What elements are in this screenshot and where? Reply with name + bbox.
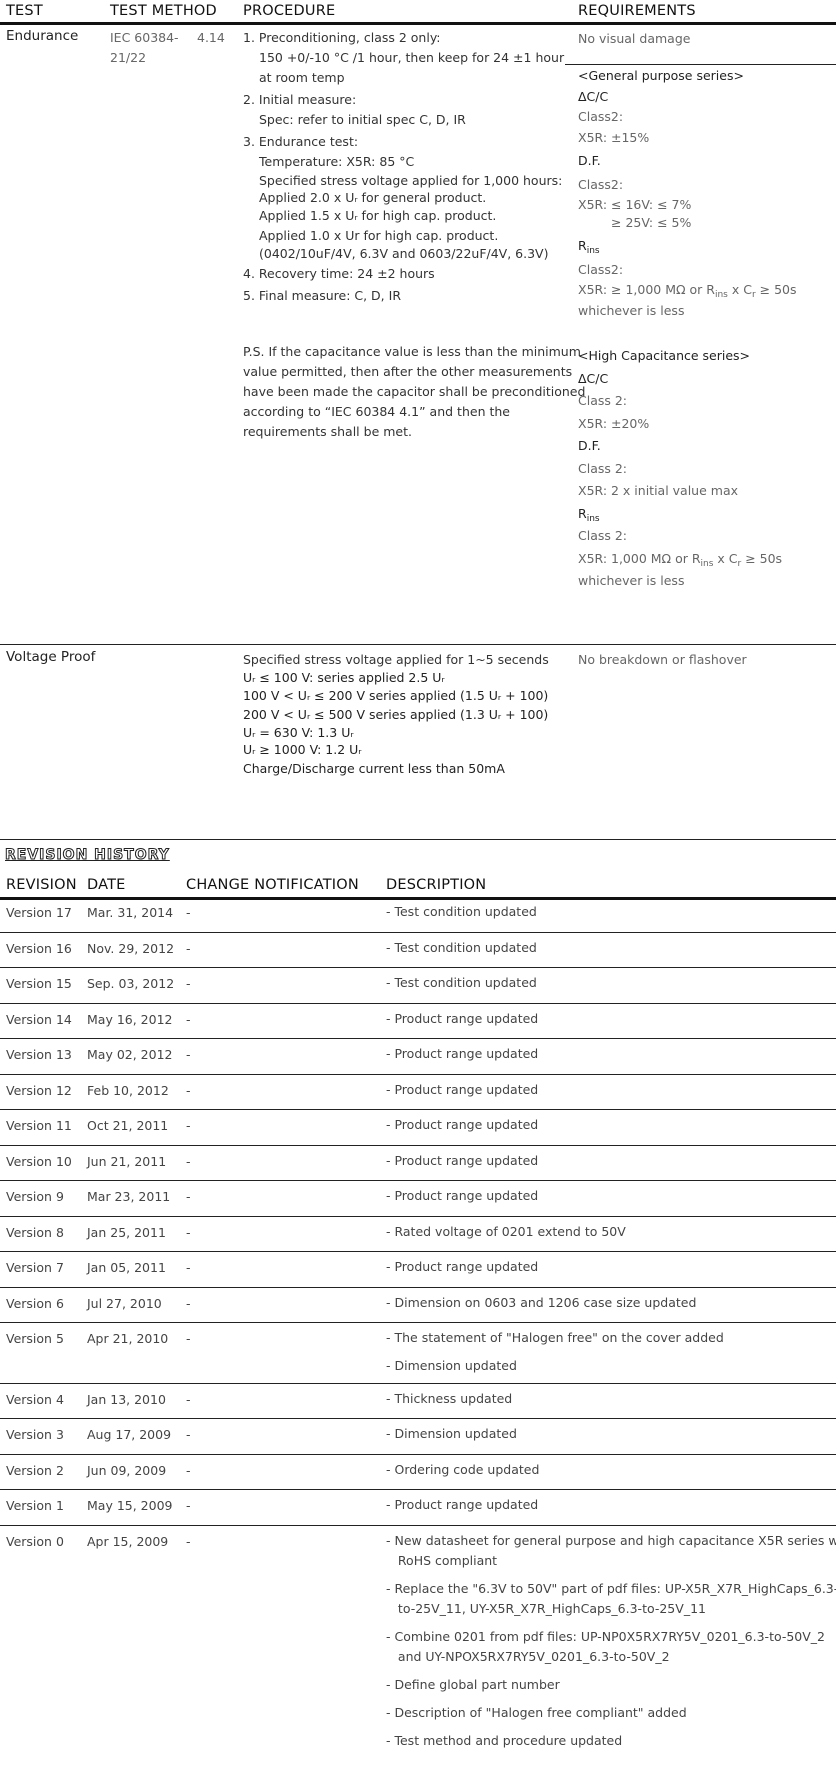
x5r-dcc-value: X5R: ±15% (578, 128, 797, 149)
procedure-line: Charge/Discharge current less than 50mA (243, 758, 549, 780)
rins-sub: ins (587, 246, 600, 256)
x5r-dcc-value: X5R: ±20% (578, 414, 782, 435)
row-divider (0, 932, 836, 933)
description-line: - Rated voltage of 0201 extend to 50V (386, 1222, 626, 1242)
description-cell: - Product range updated (386, 1151, 538, 1171)
procedure-line: Specified stress voltage applied for 1,0… (243, 172, 564, 189)
revision-cell: Version 1 (6, 1498, 64, 1513)
row-divider (0, 1074, 836, 1075)
procedure-line: (0402/10uF/4V, 6.3V and 0603/22uF/4V, 6.… (243, 245, 564, 262)
description-cell: - Product range updated (386, 1044, 538, 1064)
date-cell: Jul 27, 2010 (87, 1296, 162, 1311)
requirement-voltage-proof: No breakdown or flashover (578, 650, 747, 670)
text: x C (713, 551, 737, 566)
description-cell: - Dimension updated (386, 1424, 517, 1444)
change-notification-cell: - (186, 1260, 191, 1275)
change-notification-cell: - (186, 1118, 191, 1133)
description-line: to-25V_11, UY-X5R_X7R_HighCaps_6.3-to-25… (386, 1599, 836, 1619)
description-cell: - The statement of "Halogen free" on the… (386, 1328, 724, 1376)
procedure-line: Spec: refer to initial spec C, D, IR (243, 110, 564, 130)
description-line: RoHS compliant (386, 1551, 836, 1571)
header-requirements: REQUIREMENTS (578, 3, 696, 19)
x5r-rins-value: X5R: 1,000 MΩ or Rins x Cr ≥ 50s (578, 549, 782, 570)
general-purpose-requirements: <General purpose series> ΔC/C Class2: X5… (578, 66, 797, 321)
description-line: - The statement of "Halogen free" on the… (386, 1328, 724, 1348)
description-line: - Test method and procedure updated (386, 1731, 836, 1751)
procedure-voltage-proof: Specified stress voltage applied for 1~5… (243, 651, 549, 780)
whichever-text: whichever is less (578, 301, 797, 322)
clause-endurance: 4.14 (197, 28, 225, 48)
revision-cell: Version 9 (6, 1189, 64, 1204)
procedure-line: Uᵣ ≤ 100 V: series applied 2.5 Uᵣ (243, 669, 549, 686)
date-cell: Jun 21, 2011 (87, 1154, 166, 1169)
change-notification-cell: - (186, 1498, 191, 1513)
test-method-endurance: IEC 60384- 21/22 (110, 28, 179, 68)
change-notification-cell: - (186, 1296, 191, 1311)
change-notification-cell: - (186, 1047, 191, 1062)
change-notification-cell: - (186, 941, 191, 956)
note-line: according to “IEC 60384 4.1” and then th… (243, 402, 585, 422)
procedure-line: Applied 1.5 x Uᵣ for high cap. product. (243, 206, 564, 226)
description-cell: - Product range updated (386, 1186, 538, 1206)
procedure-line: 150 +0/-10 °C /1 hour, then keep for 24 … (243, 48, 564, 68)
description-line: - Product range updated (386, 1495, 538, 1515)
x5r-rins-value: X5R: ≥ 1,000 MΩ or Rins x Cr ≥ 50s (578, 280, 797, 301)
row-divider (0, 1525, 836, 1526)
description-line: - New datasheet for general purpose and … (386, 1531, 836, 1551)
revision-cell: Version 13 (6, 1047, 72, 1062)
x5r-df-value: X5R: 2 x initial value max (578, 481, 782, 502)
description-line: - Test condition updated (386, 902, 537, 922)
revision-cell: Version 7 (6, 1260, 64, 1275)
header-procedure: PROCEDURE (243, 3, 335, 19)
row-divider (0, 1454, 836, 1455)
rins-sub: ins (587, 514, 600, 524)
text: X5R: 1,000 MΩ or R (578, 551, 701, 566)
revision-cell: Version 5 (6, 1331, 64, 1346)
sub: ins (701, 559, 714, 569)
description-cell: - Rated voltage of 0201 extend to 50V (386, 1222, 626, 1242)
rins-text: R (578, 238, 587, 253)
description-line: - Dimension updated (386, 1424, 517, 1444)
description-line: and UY-NPOX5RX7RY5V_0201_6.3-to-50V_2 (386, 1647, 836, 1667)
description-cell: - Thickness updated (386, 1389, 512, 1409)
whichever-text: whichever is less (578, 571, 782, 592)
procedure-line: Temperature: X5R: 85 °C (243, 152, 564, 172)
date-cell: May 16, 2012 (87, 1012, 172, 1027)
revision-cell: Version 6 (6, 1296, 64, 1311)
row-divider (0, 1180, 836, 1181)
date-cell: Apr 21, 2010 (87, 1331, 168, 1346)
rins-text: R (578, 506, 587, 521)
procedure-step-5: 5. Final measure: C, D, IR (243, 286, 564, 306)
procedure-line: Applied 2.0 x Uᵣ for general product. (243, 189, 564, 206)
procedure-step-2: 2. Initial measure: (243, 90, 564, 110)
text: X5R: ≥ 1,000 MΩ or R (578, 282, 715, 297)
description-cell: - Test condition updated (386, 902, 537, 922)
revision-cell: Version 17 (6, 905, 72, 920)
header-description: DESCRIPTION (386, 877, 486, 893)
high-cap-requirements: <High Capacitance series> ΔC/C Class 2: … (578, 346, 782, 592)
rins-label: Rins (578, 504, 782, 525)
note-line: value permitted, then after the other me… (243, 362, 585, 382)
requirements-divider (565, 64, 836, 65)
description-line: - Product range updated (386, 1009, 538, 1029)
series-title: <High Capacitance series> (578, 346, 782, 367)
description-cell: - Ordering code updated (386, 1460, 539, 1480)
date-cell: Sep. 03, 2012 (87, 976, 174, 991)
date-cell: Feb 10, 2012 (87, 1083, 169, 1098)
sub: ins (715, 290, 728, 300)
class-label: Class2: (578, 175, 797, 196)
header-divider (0, 22, 836, 25)
date-cell: Jan 13, 2010 (87, 1392, 166, 1407)
revision-cell: Version 15 (6, 976, 72, 991)
description-line: - Ordering code updated (386, 1460, 539, 1480)
row-divider (0, 1251, 836, 1252)
class-label: Class 2: (578, 391, 782, 412)
description-cell: - Test condition updated (386, 973, 537, 993)
procedure-line: 200 V < Uᵣ ≤ 500 V series applied (1.3 U… (243, 705, 549, 724)
change-notification-cell: - (186, 1225, 191, 1240)
description-line: - Replace the "6.3V to 50V" part of pdf … (386, 1579, 836, 1599)
revision-cell: Version 10 (6, 1154, 72, 1169)
row-divider (0, 1216, 836, 1217)
description-line: - Define global part number (386, 1675, 836, 1695)
description-line: - Product range updated (386, 1044, 538, 1064)
procedure-line: Uᵣ ≥ 1000 V: 1.2 Uᵣ (243, 741, 549, 758)
df-label: D.F. (578, 151, 797, 172)
procedure-step-4: 4. Recovery time: 24 ±2 hours (243, 264, 564, 284)
procedure-line: Specified stress voltage applied for 1~5… (243, 651, 549, 669)
delta-c-label: ΔC/C (578, 87, 797, 108)
text: x C (728, 282, 752, 297)
procedure-step-1: 1. Preconditioning, class 2 only: (243, 28, 564, 48)
procedure-line: Applied 1.0 x Ur for high cap. product. (243, 226, 564, 245)
description-cell: - Product range updated (386, 1115, 538, 1135)
row-divider (0, 1383, 836, 1384)
change-notification-cell: - (186, 1463, 191, 1478)
revision-cell: Version 4 (6, 1392, 64, 1407)
class-label: Class 2: (578, 526, 782, 547)
description-line: - Test condition updated (386, 938, 537, 958)
row-divider (0, 1145, 836, 1146)
revision-header-divider (0, 897, 836, 900)
revision-cell: Version 2 (6, 1463, 64, 1478)
class-label: Class 2: (578, 459, 782, 480)
date-cell: Mar 23, 2011 (87, 1189, 170, 1204)
date-cell: Mar. 31, 2014 (87, 905, 173, 920)
description-line: - Product range updated (386, 1080, 538, 1100)
description-line: - Thickness updated (386, 1389, 512, 1409)
test-name-endurance: Endurance (6, 26, 78, 46)
change-notification-cell: - (186, 976, 191, 991)
row-divider (0, 1418, 836, 1419)
class-label: Class2: (578, 107, 797, 128)
description-line: - Dimension updated (386, 1356, 724, 1376)
change-notification-cell: - (186, 1189, 191, 1204)
text: ≥ 50s (756, 282, 797, 297)
revision-cell: Version 11 (6, 1118, 72, 1133)
method-line: IEC 60384- (110, 28, 179, 48)
change-notification-cell: - (186, 1083, 191, 1098)
row-divider (0, 1322, 836, 1323)
description-cell: - Test condition updated (386, 938, 537, 958)
row-divider (0, 1489, 836, 1490)
change-notification-cell: - (186, 1427, 191, 1442)
description-line: - Product range updated (386, 1186, 538, 1206)
header-test: TEST (6, 3, 43, 19)
change-notification-cell: - (186, 905, 191, 920)
description-line: - Test condition updated (386, 973, 537, 993)
change-notification-cell: - (186, 1154, 191, 1169)
date-cell: May 02, 2012 (87, 1047, 172, 1062)
row-divider (0, 1038, 836, 1039)
procedure-line: 100 V < Uᵣ ≤ 200 V series applied (1.5 U… (243, 686, 549, 705)
note-line: requirements shall be met. (243, 422, 585, 442)
change-notification-cell: - (186, 1392, 191, 1407)
change-notification-cell: - (186, 1012, 191, 1027)
delta-c-label: ΔC/C (578, 369, 782, 390)
revision-cell: Version 8 (6, 1225, 64, 1240)
description-cell: - Product range updated (386, 1080, 538, 1100)
revision-cell: Version 0 (6, 1534, 64, 1549)
revision-cell: Version 3 (6, 1427, 64, 1442)
method-line: 21/22 (110, 48, 179, 68)
x5r-df-value: ≥ 25V: ≤ 5% (578, 213, 797, 234)
revision-cell: Version 14 (6, 1012, 72, 1027)
description-cell: - Dimension on 0603 and 1206 case size u… (386, 1293, 696, 1313)
description-line: - Product range updated (386, 1151, 538, 1171)
row-divider (0, 967, 836, 968)
description-cell: - New datasheet for general purpose and … (386, 1531, 836, 1751)
header-date: DATE (87, 877, 126, 893)
procedure-line: Uᵣ = 630 V: 1.3 Uᵣ (243, 724, 549, 741)
test-name-voltage-proof: Voltage Proof (6, 647, 95, 667)
description-cell: - Product range updated (386, 1257, 538, 1277)
revision-cell: Version 16 (6, 941, 72, 956)
change-notification-cell: - (186, 1331, 191, 1346)
procedure-line: at room temp (243, 68, 564, 88)
procedure-note: P.S. If the capacitance value is less th… (243, 342, 585, 442)
row-divider (0, 1287, 836, 1288)
note-line: P.S. If the capacitance value is less th… (243, 342, 585, 362)
row-divider (0, 1003, 836, 1004)
date-cell: Aug 17, 2009 (87, 1427, 171, 1442)
row-divider (0, 644, 836, 645)
series-title: <General purpose series> (578, 66, 797, 87)
date-cell: Jan 05, 2011 (87, 1260, 166, 1275)
date-cell: Apr 15, 2009 (87, 1534, 168, 1549)
class-label: Class2: (578, 260, 797, 281)
header-test-method: TEST METHOD (110, 3, 217, 19)
section-divider (0, 839, 836, 840)
description-cell: - Product range updated (386, 1009, 538, 1029)
date-cell: Jun 09, 2009 (87, 1463, 166, 1478)
date-cell: May 15, 2009 (87, 1498, 172, 1513)
note-line: have been made the capacitor shall be pr… (243, 382, 585, 402)
rins-label: Rins (578, 236, 797, 257)
row-divider (0, 1109, 836, 1110)
revision-cell: Version 12 (6, 1083, 72, 1098)
text: ≥ 50s (741, 551, 782, 566)
header-change-notification: CHANGE NOTIFICATION (186, 877, 359, 893)
description-line: - Dimension on 0603 and 1206 case size u… (386, 1293, 696, 1313)
requirement-no-visual-damage: No visual damage (578, 29, 690, 49)
df-label: D.F. (578, 436, 782, 457)
date-cell: Oct 21, 2011 (87, 1118, 168, 1133)
date-cell: Nov. 29, 2012 (87, 941, 174, 956)
description-line: - Combine 0201 from pdf files: UP-NP0X5R… (386, 1627, 836, 1647)
description-line: - Product range updated (386, 1257, 538, 1277)
description-line: - Description of "Halogen free compliant… (386, 1703, 836, 1723)
description-cell: - Product range updated (386, 1495, 538, 1515)
date-cell: Jan 25, 2011 (87, 1225, 166, 1240)
procedure-step-3: 3. Endurance test: (243, 132, 564, 152)
change-notification-cell: - (186, 1534, 191, 1549)
procedure-endurance: 1. Preconditioning, class 2 only: 150 +0… (243, 28, 564, 306)
description-line: - Product range updated (386, 1115, 538, 1135)
header-revision: REVISION (6, 877, 77, 893)
revision-history-title: REVISION HISTORY (5, 847, 170, 863)
